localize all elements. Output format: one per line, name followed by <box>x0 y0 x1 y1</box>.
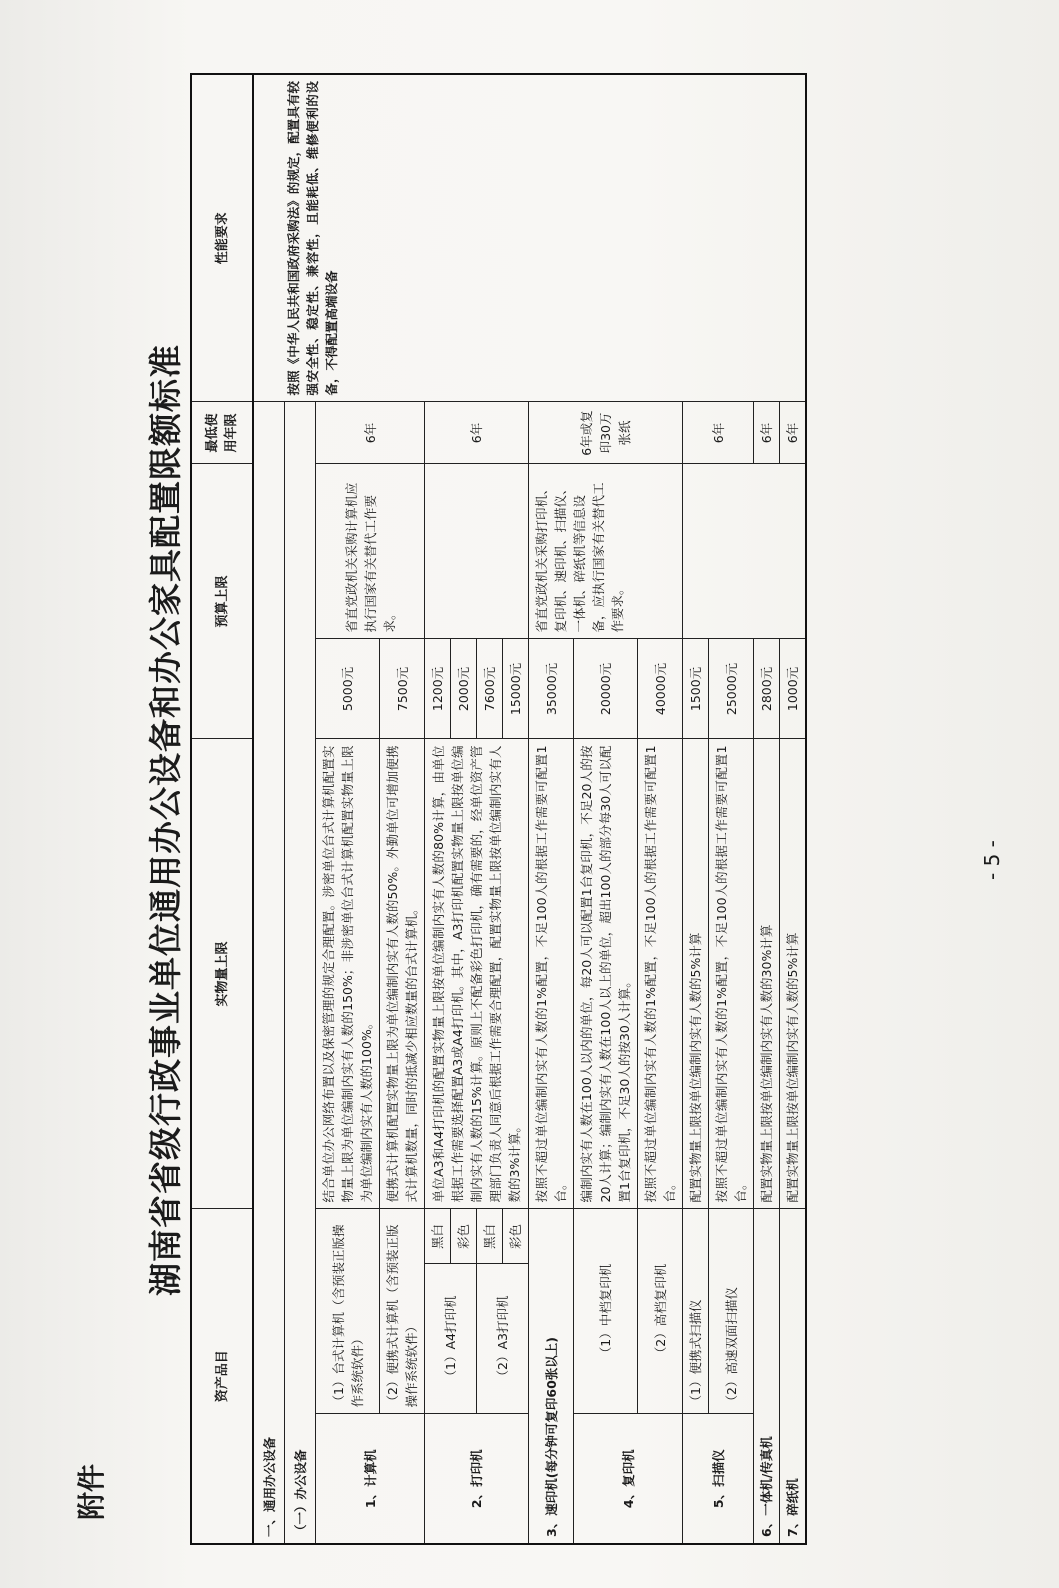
quantity-limit: 编制内实有人数在100人以内的单位，每20人可以配置1台复印机，不足20人的按2… <box>574 739 638 1209</box>
budget-limit: 15000元 <box>503 639 529 739</box>
item-name: （1）A4打印机 <box>425 1264 477 1414</box>
printer-type: 彩色 <box>451 1209 477 1264</box>
document-title: 湖南省省级行政事业单位通用办公设备和办公家具配置限额标准 <box>140 220 187 1420</box>
budget-limit: 1200元 <box>425 639 451 739</box>
category-shredder: 7、碎纸机 <box>780 1209 807 1544</box>
quantity-limit: 配置实物量上限按单位编制内实有人数的5%计算 <box>780 739 807 1209</box>
category-duplicator: 3、速印机(每分钟可复印60张以上) <box>529 1209 574 1544</box>
min-years: 6年 <box>683 402 754 464</box>
quantity-limit: 配置实物量上限按单位编制内实有人数的30%计算 <box>754 739 780 1209</box>
quantity-limit: 按照不超过单位编制内实有人数的1%配置，不足100人的根据工作需要可配置1台。 <box>529 739 574 1209</box>
budget-limit: 25000元 <box>709 639 754 739</box>
budget-limit: 1000元 <box>780 639 807 739</box>
budget-note-empty <box>425 464 529 639</box>
budget-note: 省直党政机关采购打印机、复印机、速印机、扫描仪、一体机、碎纸机等信息设备，应执行… <box>529 464 683 639</box>
subsection-title: （一）办公设备 <box>285 402 316 1544</box>
budget-limit: 35000元 <box>529 639 574 739</box>
header-budget: 预算上限 <box>191 464 253 739</box>
min-years: 6年 <box>754 402 780 464</box>
scanned-paper: 附件 湖南省省级行政事业单位通用办公设备和办公家具配置限额标准 资产品目 实物量… <box>0 0 1059 1588</box>
budget-limit: 2000元 <box>451 639 477 739</box>
min-years: 6年或复印30万张纸 <box>529 402 683 464</box>
item-name: （2）高档复印机 <box>638 1209 683 1414</box>
printer-type: 彩色 <box>503 1209 529 1264</box>
item-name: （1）便携式扫描仪 <box>683 1209 709 1414</box>
budget-limit: 40000元 <box>638 639 683 739</box>
budget-note: 省直党政机关采购计算机应执行国家有关替代工作要求。 <box>316 464 425 639</box>
category-computer: 1、计算机 <box>316 1414 425 1544</box>
budget-limit: 2800元 <box>754 639 780 739</box>
allocation-standard-table: 资产品目 实物量上限 预算上限 最低使用年限 性能要求 一、通用办公设备 按照《… <box>190 73 807 1545</box>
quantity-limit: 便携式计算机配置实物量上限为单位编制内实有人数的50%。外勤单位可增加便携式计算… <box>380 739 425 1209</box>
printer-type: 黑白 <box>477 1209 503 1264</box>
quantity-limit: 按照不超过单位编制内实有人数的1%配置，不足100人的根据工作需要可配置1台。 <box>638 739 683 1209</box>
budget-note-empty <box>683 464 807 639</box>
category-copier: 4、复印机 <box>574 1414 683 1544</box>
budget-limit: 1500元 <box>683 639 709 739</box>
category-fax: 6、一体机/传真机 <box>754 1209 780 1544</box>
category-scanner: 5、扫描仪 <box>683 1414 754 1544</box>
item-name: （2）A3打印机 <box>477 1264 529 1414</box>
quantity-limit: 单位A3和A4打印机的配置实物量上限按单位编制内实有人数的80%计算，由单位根据… <box>425 739 529 1209</box>
header-row: 资产品目 实物量上限 预算上限 最低使用年限 性能要求 <box>191 74 253 1544</box>
attachment-label: 附件 <box>70 1464 110 1520</box>
min-years: 6年 <box>316 402 425 464</box>
rotated-page: 附件 湖南省省级行政事业单位通用办公设备和办公家具配置限额标准 资产品目 实物量… <box>30 70 1030 1570</box>
header-min-years: 最低使用年限 <box>191 402 253 464</box>
page-number: - 5 - <box>980 840 1004 880</box>
budget-limit: 7600元 <box>477 639 503 739</box>
budget-limit: 20000元 <box>574 639 638 739</box>
item-name: （2）便携式计算机（含预装正版操作系统软件） <box>380 1209 425 1414</box>
budget-limit: 7500元 <box>380 639 425 739</box>
min-years: 6年 <box>425 402 529 464</box>
quantity-limit: 按照不超过单位编制内实有人数的1%配置，不足100人的根据工作需要可配置1台。 <box>709 739 754 1209</box>
header-performance: 性能要求 <box>191 74 253 402</box>
performance-requirement: 按照《中华人民共和国政府采购法》的规定，配置具有较强安全性、稳定性、兼容性，且能… <box>253 74 806 402</box>
header-item: 资产品目 <box>191 1209 253 1544</box>
section-row: 一、通用办公设备 按照《中华人民共和国政府采购法》的规定，配置具有较强安全性、稳… <box>253 74 285 1544</box>
item-name: （1）中档复印机 <box>574 1209 638 1414</box>
quantity-limit: 结合单位办公网络布置以及保密管理的规定合理配置。涉密单位台式计算机配置实物量上限… <box>316 739 380 1209</box>
printer-type: 黑白 <box>425 1209 451 1264</box>
header-quantity: 实物量上限 <box>191 739 253 1209</box>
category-printer: 2、打印机 <box>425 1414 529 1544</box>
section-title: 一、通用办公设备 <box>253 402 285 1544</box>
min-years: 6年 <box>780 402 807 464</box>
quantity-limit: 配置实物量上限按单位编制内实有人数的5%计算 <box>683 739 709 1209</box>
item-name: （2）高速双面扫描仪 <box>709 1209 754 1414</box>
budget-limit: 5000元 <box>316 639 380 739</box>
item-name: （1）台式计算机（含预装正版操作系统软件） <box>316 1209 380 1414</box>
